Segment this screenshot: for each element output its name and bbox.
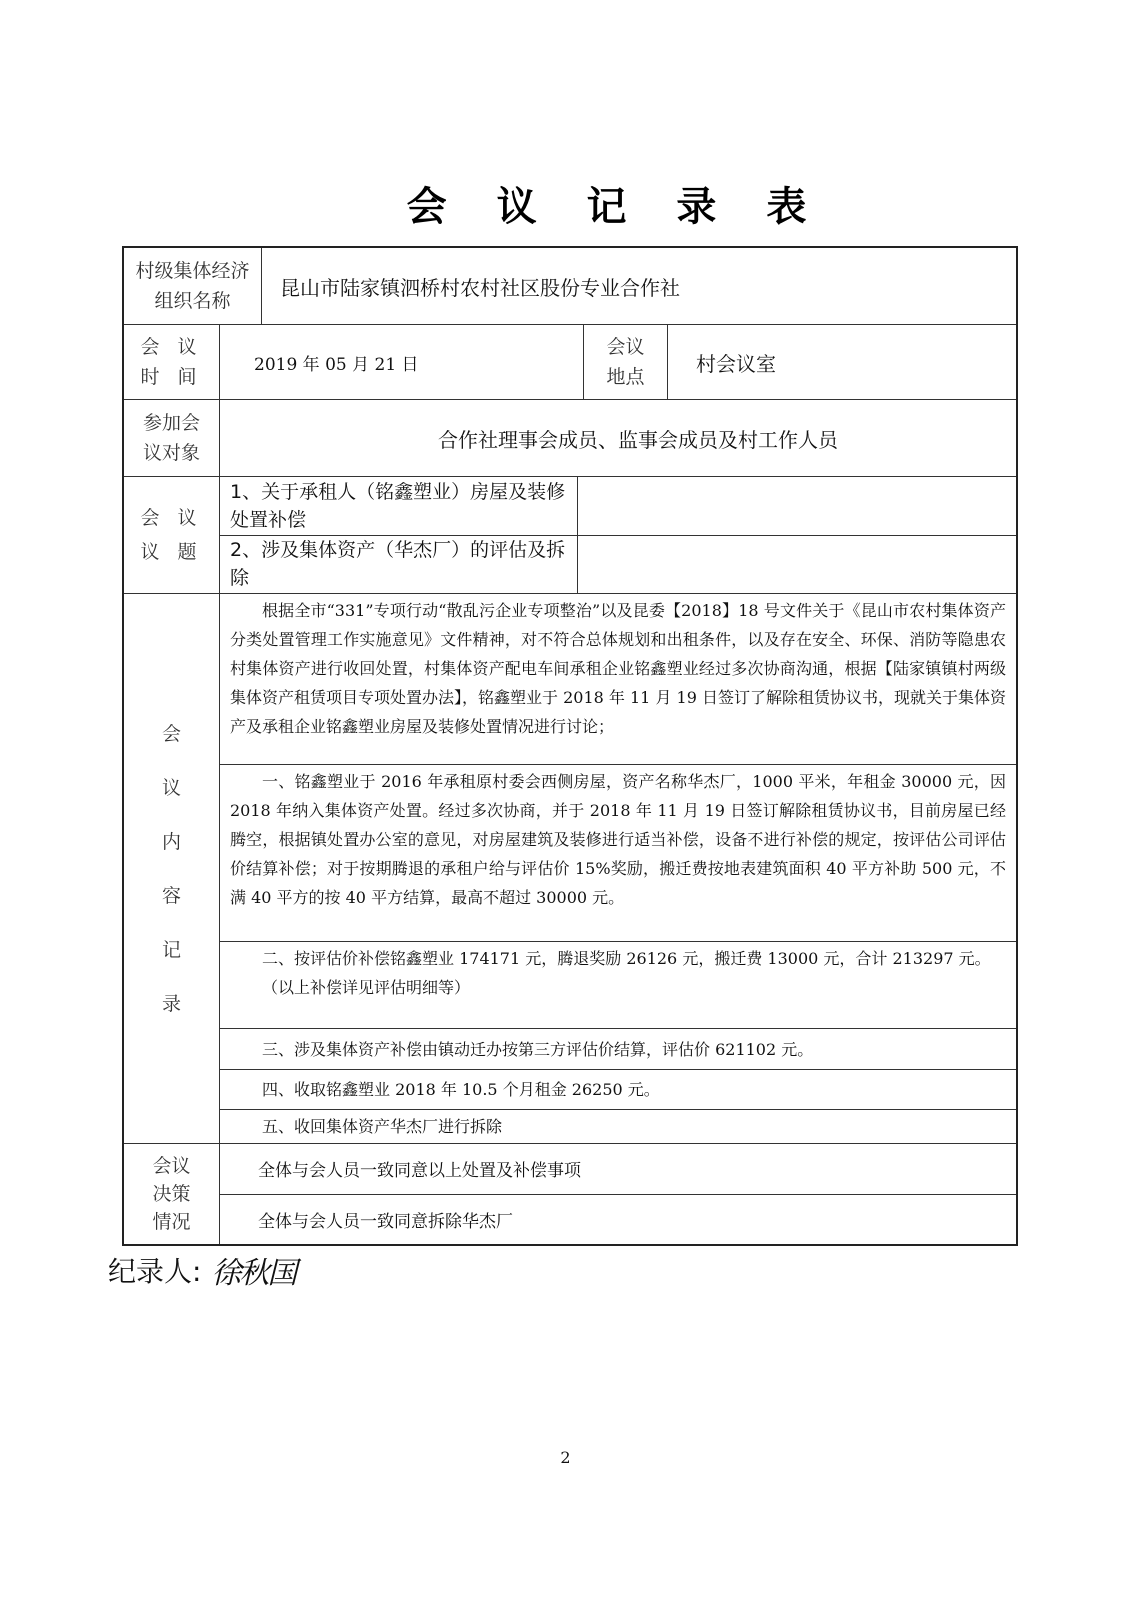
attendees-row: 参加会议对象 合作社理事会成员、监事会成员及村工作人员	[124, 400, 1016, 477]
decision-item: 全体与会人员一致同意拆除华杰厂	[220, 1195, 1016, 1245]
content-section-1: 一、铭鑫塑业于 2016 年承租原村委会西侧房屋，资产名称华杰厂，1000 平米…	[220, 765, 1016, 942]
time-label: 会 议 时 间	[124, 325, 220, 399]
content-row: 会 议 内 容 记 录 根据全市“331”专项行动“散乱污企业专项整治”以及昆委…	[124, 594, 1016, 1144]
page-number: 2	[0, 1448, 1131, 1467]
decision-label: 会议决策情况	[124, 1144, 220, 1244]
topic-item: 2、涉及集体资产（华杰厂）的评估及拆除	[220, 536, 1016, 594]
decision-item: 全体与会人员一致同意以上处置及补偿事项	[220, 1144, 1016, 1195]
topics-label: 会 议 议 题	[124, 477, 220, 593]
org-value: 昆山市陆家镇泗桥村农村社区股份专业合作社	[262, 248, 1016, 324]
content-section-2-note: （以上补偿详见评估明细等）	[230, 973, 1006, 1002]
content-intro: 根据全市“331”专项行动“散乱污企业专项整治”以及昆委【2018】18 号文件…	[220, 594, 1016, 765]
document-title: 会 议 记 录 表	[0, 175, 1131, 232]
content-label: 会 议 内 容 记 录	[124, 594, 220, 1143]
content-section-3: 三、涉及集体资产补偿由镇动迁办按第三方评估价结算，评估价 621102 元。	[220, 1029, 1016, 1069]
recorder-signature: 徐秋国	[211, 1248, 295, 1292]
topics-row: 会 议 议 题 1、关于承租人（铭鑫塑业）房屋及装修处置补偿 2、涉及集体资产（…	[124, 477, 1016, 594]
decision-list: 全体与会人员一致同意以上处置及补偿事项 全体与会人员一致同意拆除华杰厂	[220, 1144, 1016, 1244]
recorder-label: 纪录人:	[108, 1250, 201, 1290]
org-label: 村级集体经济组织名称	[124, 248, 262, 324]
time-place-row: 会 议 时 间 2019 年 05 月 21 日 会议地点 村会议室	[124, 325, 1016, 400]
topics-list: 1、关于承租人（铭鑫塑业）房屋及装修处置补偿 2、涉及集体资产（华杰厂）的评估及…	[220, 477, 1016, 593]
place-value: 村会议室	[668, 325, 1016, 399]
attendees-value: 合作社理事会成员、监事会成员及村工作人员	[220, 400, 1016, 476]
recorder: 纪录人: 徐秋国	[108, 1248, 295, 1292]
place-label: 会议地点	[584, 325, 668, 399]
content-body: 根据全市“331”专项行动“散乱污企业专项整治”以及昆委【2018】18 号文件…	[220, 594, 1016, 1143]
time-value: 2019 年 05 月 21 日	[220, 325, 584, 399]
content-section-4: 四、收取铭鑫塑业 2018 年 10.5 个月租金 26250 元。	[220, 1070, 1016, 1110]
content-section-2: 二、按评估价补偿铭鑫塑业 174171 元，腾退奖励 26126 元，搬迁费 1…	[220, 942, 1016, 1029]
decision-row: 会议决策情况 全体与会人员一致同意以上处置及补偿事项 全体与会人员一致同意拆除华…	[124, 1144, 1016, 1244]
meeting-record-table: 村级集体经济组织名称 昆山市陆家镇泗桥村农村社区股份专业合作社 会 议 时 间 …	[122, 246, 1018, 1246]
topic-item: 1、关于承租人（铭鑫塑业）房屋及装修处置补偿	[220, 477, 1016, 536]
org-row: 村级集体经济组织名称 昆山市陆家镇泗桥村农村社区股份专业合作社	[124, 248, 1016, 325]
attendees-label: 参加会议对象	[124, 400, 220, 476]
content-section-5: 五、收回集体资产华杰厂进行拆除	[220, 1110, 1016, 1143]
